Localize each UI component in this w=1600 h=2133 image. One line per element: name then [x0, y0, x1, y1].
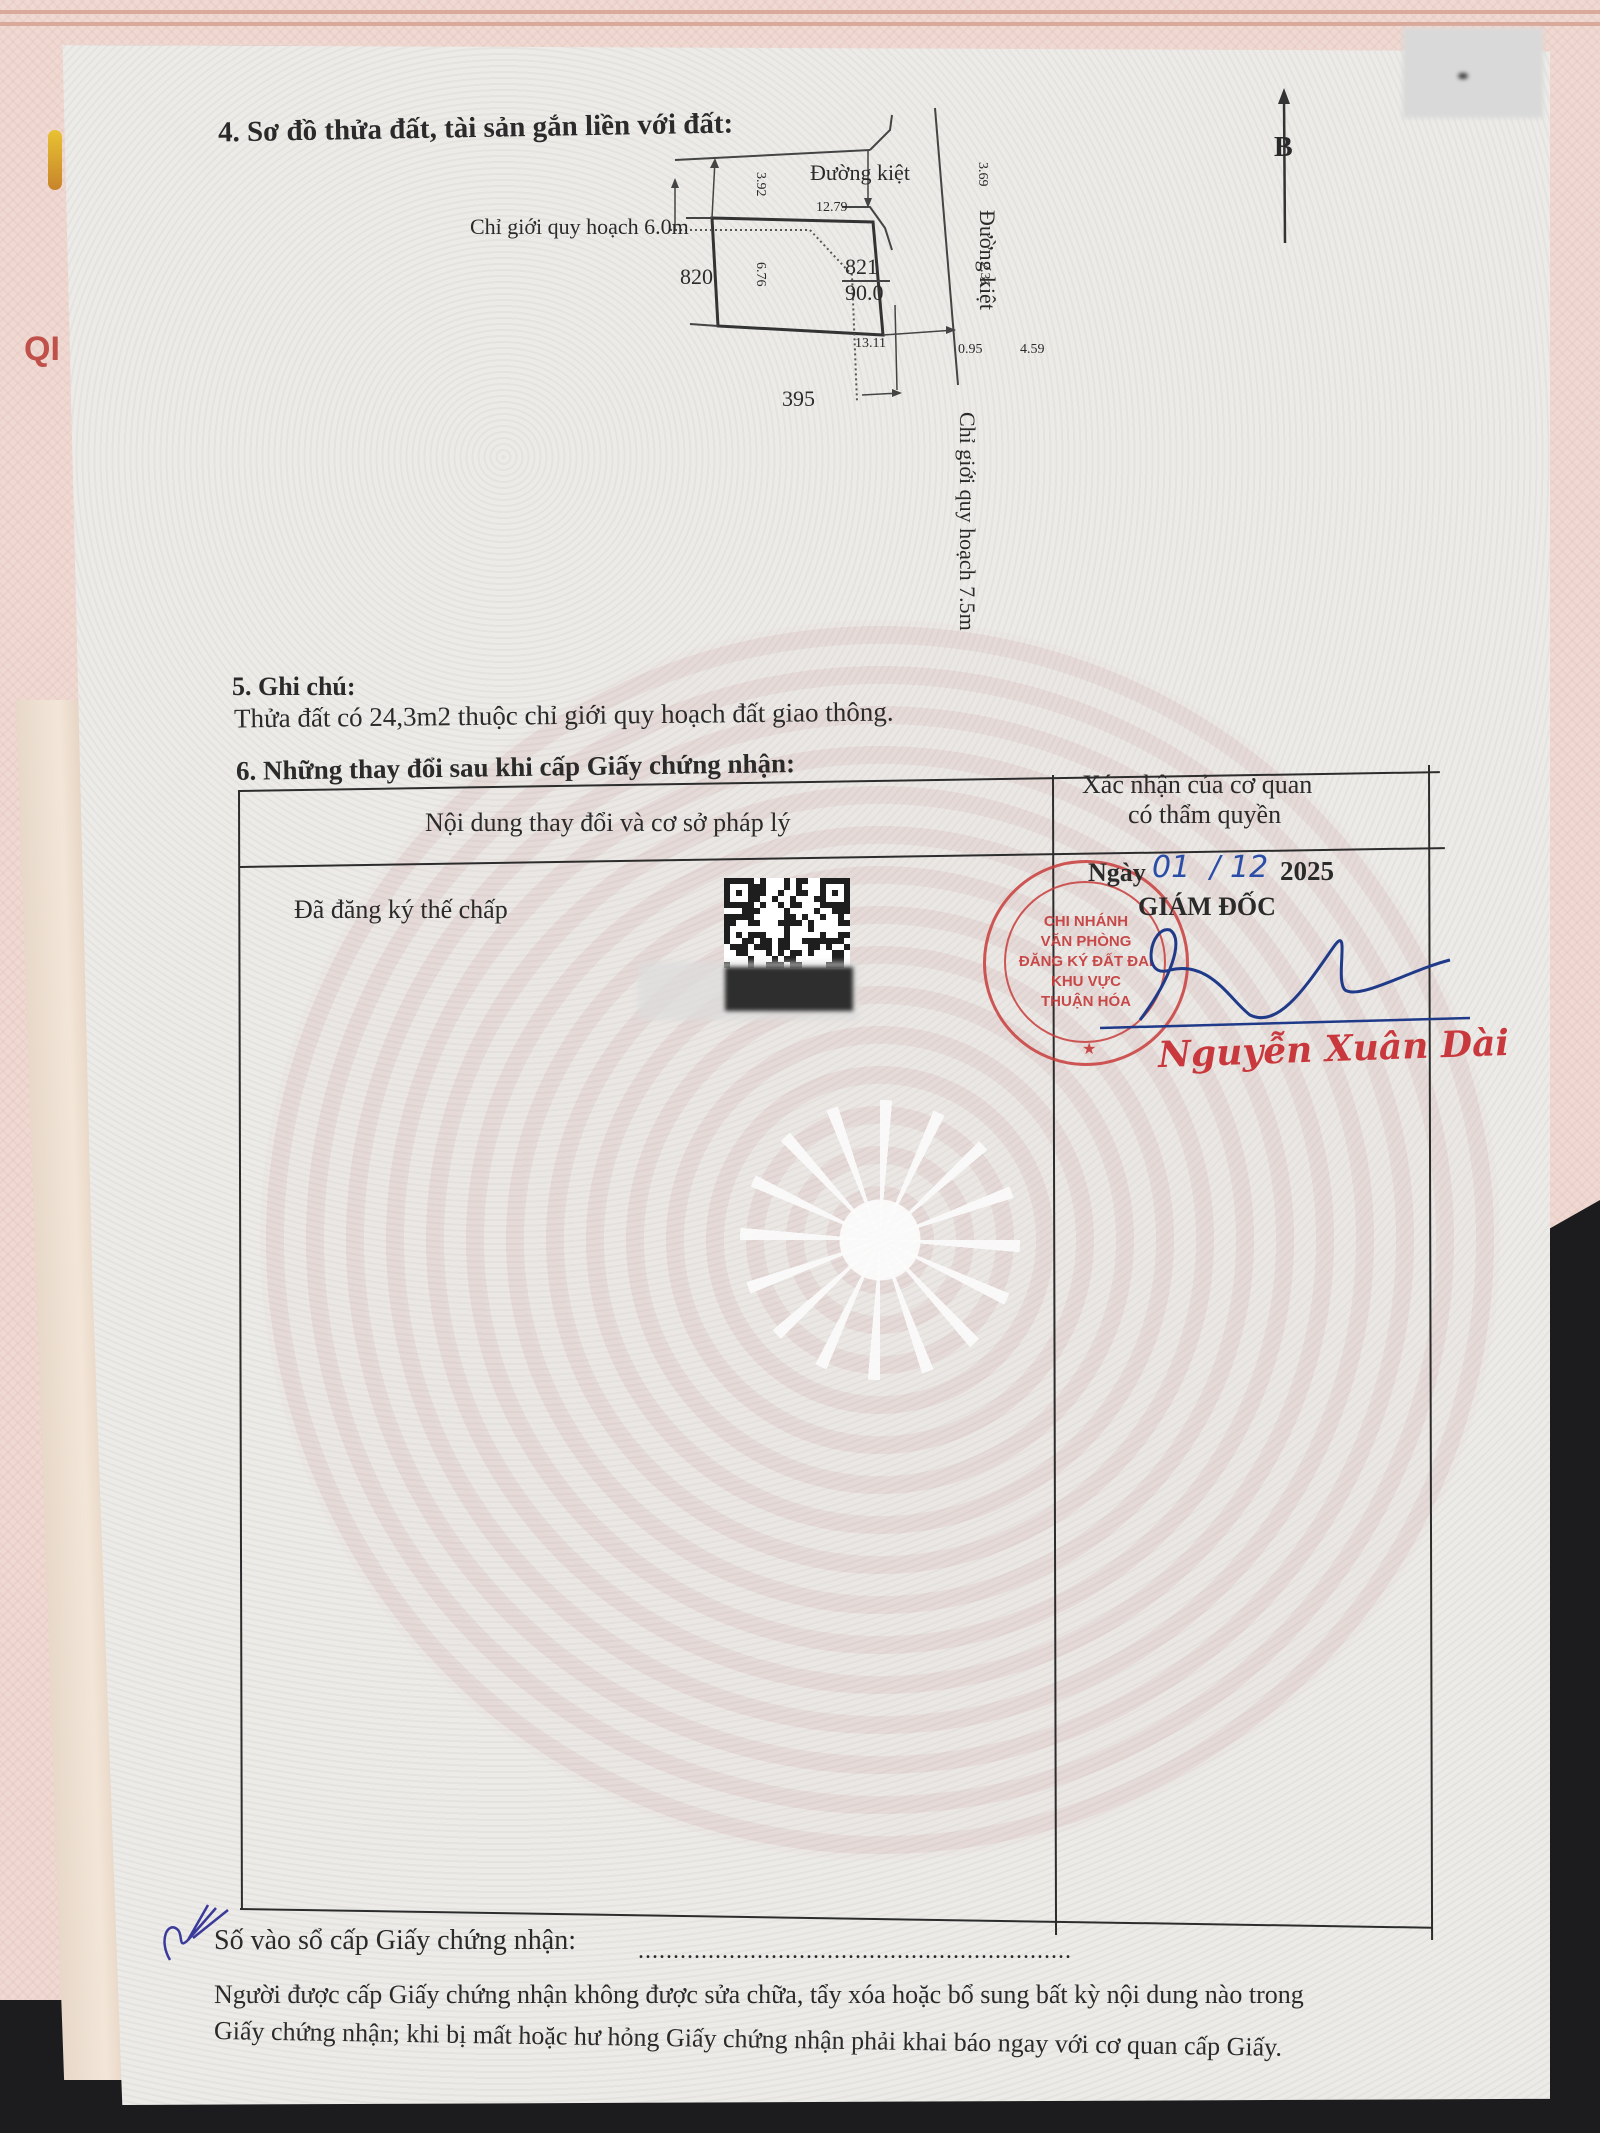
table-header-content: Nội dung thay đổi và cơ sở pháp lý [425, 808, 790, 838]
register-number-field[interactable]: ........................................… [638, 1938, 1072, 1965]
date-prefix: Ngày [1088, 858, 1146, 888]
stamp-star-icon: ★ [1082, 1039, 1096, 1059]
qr-code[interactable] [724, 878, 850, 968]
parcel-area: 90.0 [845, 280, 884, 306]
planning-limit-east-label: Chỉ giới quy hoạch 7.5m [954, 412, 980, 631]
cover-title-fragment: QI [24, 330, 60, 369]
dim-left-edge: 6.76 [752, 262, 768, 287]
cover-stripe [0, 22, 1600, 26]
parcel-number: 821 [845, 254, 878, 280]
date-month-handwritten: 12 [1230, 850, 1268, 885]
planning-limit-north-label: Chỉ giới quy hoạch 6.0m [470, 214, 689, 240]
drum-star-icon [740, 1100, 1020, 1380]
dim-right-edge: 7.31 [976, 262, 992, 287]
bronze-drum-watermark [260, 620, 1500, 1860]
dim-bottom-edge: 13.11 [855, 336, 886, 352]
north-arrow-icon [1270, 88, 1300, 248]
register-number-label: Số vào sổ cấp Giấy chứng nhận: [214, 1925, 576, 1957]
road-east-label: Đường kiệt [974, 210, 1000, 310]
table-header-confirmation-line1: Xác nhận của cơ quan [1082, 770, 1312, 800]
road-north-label: Đường kiệt [810, 160, 910, 186]
redacted-area [1403, 28, 1543, 118]
redacted-code [725, 967, 853, 1011]
plot-diagram [460, 100, 1100, 420]
neighbor-west-parcel: 820 [680, 264, 713, 290]
date-slash: / [1210, 850, 1220, 885]
table-header-confirmation-line2: có thẩm quyền [1128, 800, 1281, 830]
dim-offset-bottom-right: 0.95 [958, 342, 983, 358]
date-year: 2025 [1280, 856, 1334, 887]
dim-top-edge: 12.79 [816, 200, 848, 216]
signer-title: GIÁM ĐỐC [1138, 892, 1276, 922]
notice-line1: Người được cấp Giấy chứng nhận không đượ… [214, 1980, 1304, 2010]
dim-road-right: 3.69 [974, 162, 990, 187]
section5-heading: 5. Ghi chú: [232, 672, 356, 702]
cover-stripe [0, 10, 1600, 14]
dim-road-east-width: 4.59 [1020, 342, 1045, 358]
emblem-fragment-icon [48, 130, 62, 190]
date-day-handwritten: 01 [1152, 850, 1190, 885]
handwritten-signature [1100, 920, 1480, 1040]
change-content-mortgage-registered: Đã đăng ký thế chấp [294, 895, 508, 925]
neighbor-south-parcel: 395 [782, 386, 815, 412]
dim-road-left: 3.92 [752, 172, 768, 197]
north-label: B [1274, 132, 1293, 164]
